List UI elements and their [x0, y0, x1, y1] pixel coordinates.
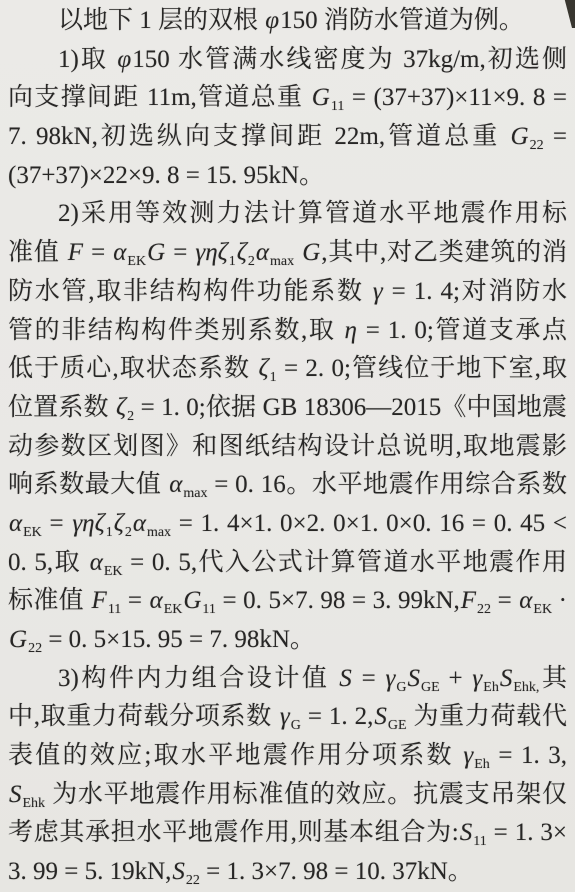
- text-segment: 1)取: [58, 46, 116, 73]
- subscript: Ehk: [23, 796, 46, 811]
- text-segment: ·: [552, 587, 567, 614]
- text-segment: =: [353, 665, 385, 692]
- text-segment: 低于质心,取状态系数: [8, 355, 258, 382]
- text-segment: =: [121, 587, 148, 614]
- text-segment: 标准值: [8, 587, 91, 614]
- math-variable: α: [149, 587, 164, 614]
- paragraph: 1)取 φ150 水管满水线密度为 37kg/m,初选侧向支撑间距 11m,管道…: [8, 41, 567, 196]
- text-segment: = 1. 0;依据 GB 18306—2015《中国地震: [134, 394, 567, 421]
- math-variable: F: [460, 587, 477, 614]
- math-variable: η: [343, 317, 357, 344]
- text-line: 动参数区划图》和图纸结构设计总说明,取地震影: [8, 428, 567, 467]
- math-variable: S: [373, 703, 388, 730]
- subscript: GE: [388, 718, 407, 733]
- text-segment: =: [491, 587, 518, 614]
- math-variable: α: [89, 549, 104, 576]
- subscript: 11: [473, 834, 486, 849]
- math-variable: γηζ: [71, 510, 105, 537]
- text-segment: 位置系数: [8, 394, 115, 421]
- text-segment: = 1. 4;对消防水: [384, 278, 567, 305]
- subscript: 22: [186, 873, 200, 888]
- text-segment: = 2. 0;管线位于地下室,取: [277, 355, 567, 382]
- math-variable: γ: [471, 665, 483, 692]
- math-variable: γ: [462, 742, 474, 769]
- text-segment: 3)构件内力组合设计值: [58, 665, 338, 692]
- text-segment: = 1. 3×: [487, 819, 567, 846]
- text-segment: = 0. 5,代入公式计算管道水平地震作用: [122, 549, 567, 576]
- math-variable: G: [8, 626, 28, 653]
- text-segment: 为水平地震作用标准值的效应。抗震支吊架仅: [45, 781, 567, 808]
- text-segment: =: [42, 510, 72, 537]
- text-segment: 防水管,取非结构构件功能系数: [8, 278, 372, 305]
- text-line: SEhk 为水平地震作用标准值的效应。抗震支吊架仅: [8, 776, 567, 815]
- text-segment: = 0. 5×15. 95 = 7. 98kN。: [42, 626, 315, 653]
- subscript: EK: [127, 254, 146, 269]
- math-variable: φ: [264, 7, 280, 34]
- text-line: 防水管,取非结构构件功能系数 γ = 1. 4;对消防水: [8, 273, 567, 312]
- math-variable: G: [510, 123, 530, 150]
- text-segment: 动参数区划图》和图纸结构设计总说明,取地震影: [8, 433, 567, 460]
- text-line: 表值的效应;取水平地震作用分项系数 γEh = 1. 3,: [8, 737, 567, 776]
- math-variable: F: [67, 239, 84, 266]
- math-variable: φ: [116, 46, 132, 73]
- text-line: 向支撑间距 11m,管道总重 G11 = (37+37)×11×9. 8 =: [8, 79, 567, 118]
- text-line: 考虑其承担水平地震作用,则基本组合为:S11 = 1. 3×: [8, 814, 567, 853]
- math-variable: G: [301, 239, 321, 266]
- text-segment: 3. 99 = 5. 19kN,: [8, 858, 171, 885]
- text-segment: = 1. 4×1. 0×2. 0×1. 0×0. 16 = 0. 45 <: [171, 510, 567, 537]
- subscript: EK: [533, 602, 552, 617]
- subscript: Ehk,: [513, 680, 539, 695]
- text-segment: 准值: [8, 239, 67, 266]
- math-variable: G: [146, 239, 166, 266]
- text-line: αEK = γηζ1ζ2αmax = 1. 4×1. 0×2. 0×1. 0×0…: [8, 505, 567, 544]
- text-segment: = 1. 0;管道支承点: [358, 317, 567, 344]
- text-line: (37+37)×22×9. 8 = 15. 95kN。: [8, 157, 567, 196]
- document-page: 以地下 1 层的双根 φ150 消防水管道为例。1)取 φ150 水管满水线密度…: [0, 0, 575, 892]
- text-segment: =: [544, 123, 567, 150]
- subscript: 11: [202, 602, 215, 617]
- math-variable: S: [171, 858, 186, 885]
- math-variable: S: [8, 781, 23, 808]
- math-variable: S: [499, 665, 514, 692]
- math-variable: S: [338, 665, 353, 692]
- subscript: max: [183, 486, 207, 501]
- text-line: 2)采用等效测力法计算管道水平地震作用标: [8, 195, 567, 234]
- subscript: max: [147, 525, 171, 540]
- text-segment: 考虑其承担水平地震作用,则基本组合为:: [8, 819, 459, 846]
- text-line: 以地下 1 层的双根 φ150 消防水管道为例。: [8, 2, 567, 41]
- math-variable: α: [168, 471, 183, 498]
- text-line: 管的非结构构件类别系数,取 η = 1. 0;管道支承点: [8, 312, 567, 351]
- subscript: 1: [106, 525, 113, 540]
- subscript: 22: [477, 602, 491, 617]
- math-variable: γηζ: [194, 239, 228, 266]
- math-variable: ζ: [258, 355, 270, 382]
- math-variable: ζ: [115, 394, 127, 421]
- math-variable: G: [311, 84, 331, 111]
- text-line: 3. 99 = 5. 19kN,S22 = 1. 3×7. 98 = 10. 3…: [8, 853, 567, 892]
- text-segment: =: [84, 239, 112, 266]
- text-line: 标准值 F11 = αEKG11 = 0. 5×7. 98 = 3. 99kN,…: [8, 582, 567, 621]
- text-segment: 以地下 1 层的双根: [58, 7, 264, 34]
- paragraph: 以地下 1 层的双根 φ150 消防水管道为例。: [8, 2, 567, 41]
- text-segment: ,其中,对乙类建筑的消: [321, 239, 567, 266]
- subscript: 2: [248, 254, 255, 269]
- subscript: GE: [421, 680, 440, 695]
- subscript: EK: [23, 525, 42, 540]
- subscript: G: [396, 680, 406, 695]
- math-variable: α: [132, 510, 147, 537]
- math-variable: γ: [372, 278, 384, 305]
- text-line: 中,取重力荷载分项系数 γG = 1. 2,SGE 为重力荷载代: [8, 698, 567, 737]
- text-segment: 0. 5,取: [8, 549, 89, 576]
- text-segment: 150 消防水管道为例。: [280, 7, 524, 34]
- text-segment: 7. 98kN,初选纵向支撑间距 22m,管道总重: [8, 123, 510, 150]
- text-line: 位置系数 ζ2 = 1. 0;依据 GB 18306—2015《中国地震: [8, 389, 567, 428]
- subscript: 1: [229, 254, 236, 269]
- subscript: 11: [331, 99, 344, 114]
- subscript: G: [291, 718, 301, 733]
- text-segment: +: [440, 665, 472, 692]
- math-variable: F: [91, 587, 108, 614]
- text-segment: (37+37)×22×9. 8 = 15. 95kN。: [8, 162, 324, 189]
- subscript: 22: [28, 641, 42, 656]
- subscript: 2: [125, 525, 132, 540]
- text-segment: = 1. 3,: [490, 742, 567, 769]
- subscript: Eh: [483, 680, 499, 695]
- text-segment: 向支撑间距 11m,管道总重: [8, 84, 311, 111]
- math-variable: ζ: [113, 510, 125, 537]
- text-segment: 2)采用等效测力法计算管道水平地震作用标: [58, 200, 567, 227]
- text-line: 响系数最大值 αmax = 0. 16。水平地震作用综合系数: [8, 466, 567, 505]
- paragraph: 3)构件内力组合设计值 S = γGSGE + γEhSEhk,其中,取重力荷载…: [8, 660, 567, 892]
- subscript: EK: [164, 602, 183, 617]
- math-variable: S: [407, 665, 422, 692]
- text-segment: 150 水管满水线密度为 37kg/m,初选侧: [132, 46, 567, 73]
- text-segment: 中,取重力荷载分项系数: [8, 703, 279, 730]
- subscript: EK: [104, 564, 123, 579]
- subscript: Eh: [474, 757, 490, 772]
- text-segment: =: [166, 239, 194, 266]
- text-line: 准值 F = αEKG = γηζ1ζ2αmax G,其中,对乙类建筑的消: [8, 234, 567, 273]
- text-segment: = (37+37)×11×9. 8 =: [344, 84, 567, 111]
- text-segment: 表值的效应;取水平地震作用分项系数: [8, 742, 462, 769]
- math-variable: α: [112, 239, 127, 266]
- math-variable: α: [255, 239, 270, 266]
- text-line: 7. 98kN,初选纵向支撑间距 22m,管道总重 G22 =: [8, 118, 567, 157]
- subscript: 11: [108, 602, 121, 617]
- text-segment: 管的非结构构件类别系数,取: [8, 317, 343, 344]
- subscript: 1: [270, 370, 277, 385]
- subscript: max: [270, 254, 294, 269]
- text-segment: = 0. 16。水平地震作用综合系数: [207, 471, 567, 498]
- math-variable: S: [459, 819, 474, 846]
- text-segment: 为重力荷载代: [407, 703, 567, 730]
- math-variable: α: [8, 510, 23, 537]
- text-segment: = 0. 5×7. 98 = 3. 99kN,: [216, 587, 460, 614]
- paragraph: 2)采用等效测力法计算管道水平地震作用标准值 F = αEKG = γηζ1ζ2…: [8, 195, 567, 659]
- text-segment: = 1. 2,: [301, 703, 373, 730]
- math-variable: ζ: [236, 239, 248, 266]
- math-variable: γ: [385, 665, 397, 692]
- text-segment: = 1. 3×7. 98 = 10. 37kN。: [200, 858, 473, 885]
- text-segment: 响系数最大值: [8, 471, 168, 498]
- text-line: G22 = 0. 5×15. 95 = 7. 98kN。: [8, 621, 567, 660]
- subscript: 22: [530, 138, 544, 153]
- text-segment: 其: [539, 665, 567, 692]
- text-line: 低于质心,取状态系数 ζ1 = 2. 0;管线位于地下室,取: [8, 350, 567, 389]
- math-variable: G: [182, 587, 202, 614]
- math-variable: α: [518, 587, 533, 614]
- text-line: 3)构件内力组合设计值 S = γGSGE + γEhSEhk,其: [8, 660, 567, 699]
- text-line: 0. 5,取 αEK = 0. 5,代入公式计算管道水平地震作用: [8, 544, 567, 583]
- text-line: 1)取 φ150 水管满水线密度为 37kg/m,初选侧: [8, 41, 567, 80]
- math-variable: γ: [279, 703, 291, 730]
